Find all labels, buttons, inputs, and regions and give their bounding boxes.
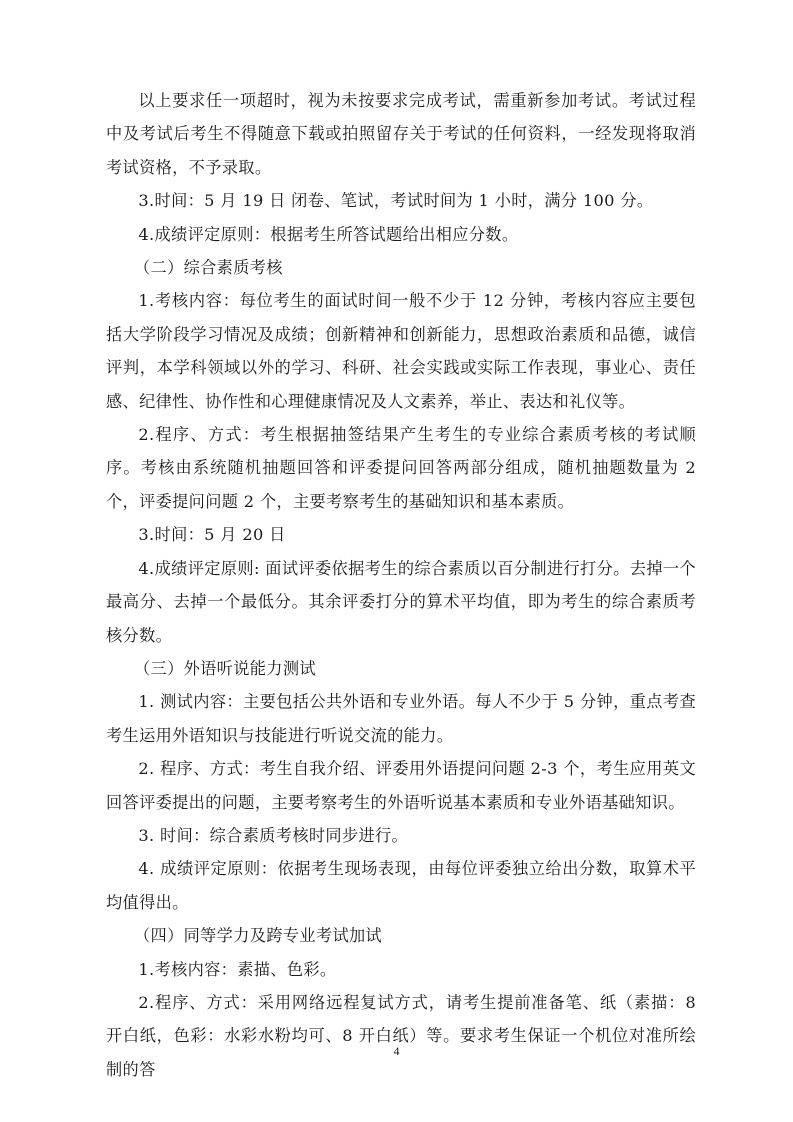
paragraph-additional-content: 1.考核内容：素描、色彩。 — [106, 953, 696, 986]
paragraph-language-time: 3. 时间：综合素质考核时同步进行。 — [106, 819, 696, 852]
paragraph-assessment-scoring: 4.成绩评定原则: 面试评委依据考生的综合素质以百分制进行打分。去掉一个最高分、… — [106, 552, 696, 652]
paragraph-language-procedure: 2. 程序、方式：考生自我介绍、评委用外语提问问题 2-3 个，考生应用英文回答… — [106, 752, 696, 819]
section-heading-foreign-language: （三）外语听说能力测试 — [106, 652, 696, 685]
section-heading-additional-exam: （四）同等学力及跨专业考试加试 — [106, 919, 696, 952]
paragraph-additional-procedure: 2.程序、方式：采用网络远程复试方式，请考生提前准备笔、纸（素描：8 开白纸，色… — [106, 986, 696, 1086]
paragraph-language-scoring: 4. 成绩评定原则：依据考生现场表现，由每位评委独立给出分数，取算术平均值得出。 — [106, 852, 696, 919]
paragraph-assessment-time: 3.时间：5 月 20 日 — [106, 518, 696, 551]
paragraph-assessment-content: 1.考核内容：每位考生的面试时间一般不少于 12 分钟，考核内容应主要包括大学阶… — [106, 284, 696, 418]
paragraph-assessment-procedure: 2.程序、方式：考生根据抽签结果产生考生的专业综合素质考核的考试顺序。考核由系统… — [106, 418, 696, 518]
paragraph-written-exam-time: 3.时间：5 月 19 日 闭卷、笔试，考试时间为 1 小时，满分 100 分。 — [106, 184, 696, 217]
paragraph-language-content: 1. 测试内容：主要包括公共外语和专业外语。每人不少于 5 分钟，重点考查考生运… — [106, 685, 696, 752]
section-heading-comprehensive-quality: （二）综合素质考核 — [106, 251, 696, 284]
paragraph-timeout-rule: 以上要求任一项超时，视为未按要求完成考试，需重新参加考试。考试过程中及考试后考生… — [106, 84, 696, 184]
paragraph-written-exam-scoring: 4.成绩评定原则：根据考生所答试题给出相应分数。 — [106, 218, 696, 251]
document-page: 以上要求任一项超时，视为未按要求完成考试，需重新参加考试。考试过程中及考试后考生… — [106, 84, 696, 1086]
page-number: 4 — [0, 1044, 793, 1059]
